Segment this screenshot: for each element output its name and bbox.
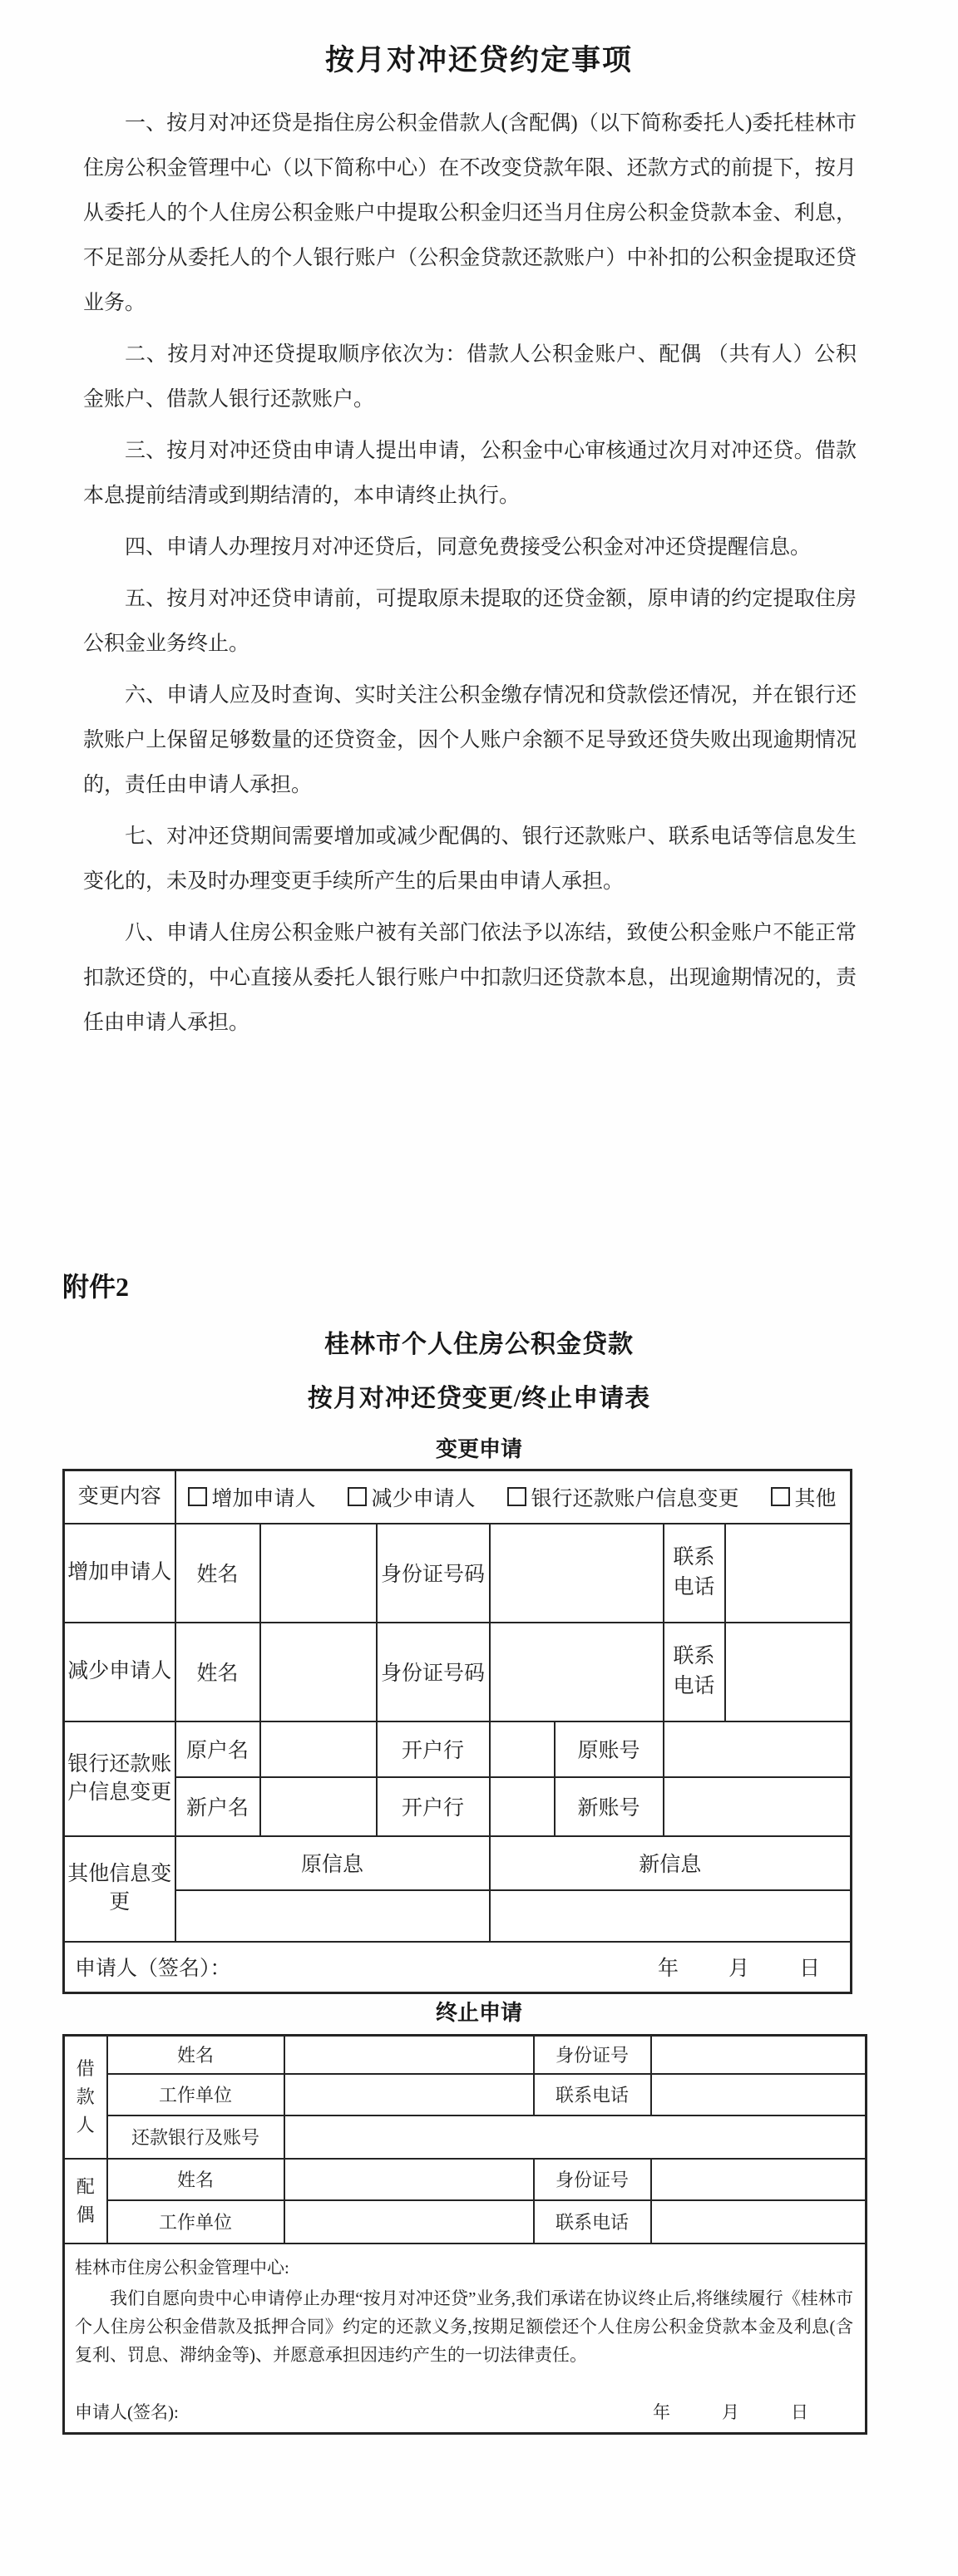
remove-phone-label: 联系电话 bbox=[664, 1623, 725, 1721]
option-bank-account-change-label: 银行还款账户信息变更 bbox=[531, 1482, 739, 1512]
new-holder-label: 新户名 bbox=[175, 1777, 260, 1836]
option-remove-applicant-label: 减少申请人 bbox=[372, 1482, 476, 1512]
year-label: 年 bbox=[653, 2399, 670, 2424]
spouse-id-value-cell bbox=[651, 2159, 867, 2200]
change-date-group: 年 月 日 bbox=[658, 1952, 820, 1982]
bank-change-row-label: 银行还款账户信息变更 bbox=[64, 1721, 175, 1836]
remove-name-label: 姓名 bbox=[175, 1623, 260, 1721]
borrower-phone-value-cell bbox=[651, 2074, 867, 2115]
add-id-value-cell bbox=[490, 1524, 664, 1623]
remove-id-label: 身份证号码 bbox=[377, 1623, 490, 1721]
spouse-employer-label: 工作单位 bbox=[107, 2200, 284, 2244]
agreement-title: 按月对冲还贷约定事项 bbox=[0, 0, 958, 80]
borrower-id-value-cell bbox=[651, 2036, 867, 2074]
checkbox-bank-account-change-icon bbox=[507, 1487, 526, 1506]
add-name-value-cell bbox=[260, 1524, 377, 1623]
old-bank-label: 开户行 bbox=[377, 1721, 490, 1777]
borrower-employer-value-cell bbox=[284, 2074, 534, 2115]
agreement-clause-2: 二、按月对冲还贷提取顺序依次为：借款人公积金账户、配偶 （共有人）公积金账户、借… bbox=[83, 332, 857, 422]
remove-phone-value-cell bbox=[725, 1623, 852, 1721]
add-applicant-row-label: 增加申请人 bbox=[64, 1524, 175, 1623]
new-info-value-cell bbox=[490, 1890, 852, 1942]
spouse-id-label: 身份证号 bbox=[534, 2159, 651, 2200]
terminate-application-table: 借款人 姓名 身份证号 工作单位 联系电话 还款银行及账号 配偶 姓名 身份证号 bbox=[62, 2034, 867, 2435]
spouse-phone-value-cell bbox=[651, 2200, 867, 2244]
spouse-group-label: 配偶 bbox=[76, 2173, 96, 2229]
new-account-label: 新账号 bbox=[555, 1777, 664, 1836]
borrower-employer-label: 工作单位 bbox=[107, 2074, 284, 2115]
agreement-clause-8: 八、申请人住房公积金账户被有关部门依法予以冻结，致使公积金账户不能正常扣款还贷的… bbox=[83, 911, 857, 1046]
agreement-clause-7: 七、对冲还贷期间需要增加或减少配偶的、银行还款账户、联系电话等信息发生变化的，未… bbox=[83, 815, 857, 904]
change-section-heading: 变更申请 bbox=[0, 1436, 958, 1464]
terminate-signature-label: 申请人(签名): bbox=[75, 2399, 179, 2424]
change-content-label: 变更内容 bbox=[64, 1470, 175, 1524]
new-info-header: 新信息 bbox=[490, 1836, 852, 1890]
agreement-clause-4: 四、申请人办理按月对冲还贷后，同意免费接受公积金对冲还贷提醒信息。 bbox=[83, 525, 857, 570]
document-page: 按月对冲还贷约定事项 一、按月对冲还贷是指住房公积金借款人(含配偶)（以下简称委… bbox=[0, 0, 958, 2576]
new-bank-label: 开户行 bbox=[377, 1777, 490, 1836]
change-signature-label: 申请人（签名）： bbox=[75, 1952, 231, 1982]
old-account-value-cell bbox=[664, 1721, 852, 1777]
month-label: 月 bbox=[728, 1952, 749, 1982]
remove-id-value-cell bbox=[490, 1623, 664, 1721]
change-options-cell: 增加申请人 减少申请人 银行还款账户信息变更 其他 bbox=[175, 1470, 852, 1524]
form-title-line2: 按月对冲还贷变更/终止申请表 bbox=[0, 1382, 958, 1416]
option-other-label: 其他 bbox=[795, 1482, 837, 1512]
add-id-label: 身份证号码 bbox=[377, 1524, 490, 1623]
repay-bank-account-label: 还款银行及账号 bbox=[107, 2115, 284, 2159]
spouse-group-cell: 配偶 bbox=[64, 2159, 107, 2244]
repay-bank-account-value-cell bbox=[284, 2115, 867, 2159]
month-label: 月 bbox=[722, 2399, 739, 2424]
day-label: 日 bbox=[791, 2399, 808, 2424]
option-add-applicant: 增加申请人 bbox=[188, 1482, 316, 1512]
old-info-header: 原信息 bbox=[175, 1836, 490, 1890]
old-holder-value-cell bbox=[260, 1721, 377, 1777]
borrower-name-value-cell bbox=[284, 2036, 534, 2074]
agreement-clause-5: 五、按月对冲还贷申请前，可提取原未提取的还贷金额，原申请的约定提取住房公积金业务… bbox=[83, 577, 857, 667]
declaration-cell: 桂林市住房公积金管理中心: 我们自愿向贵中心申请停止办理“按月对冲还贷”业务,我… bbox=[64, 2244, 867, 2434]
change-signature-row: 申请人（签名）： 年 月 日 bbox=[64, 1942, 852, 1993]
terminate-section-heading: 终止申请 bbox=[0, 1999, 958, 2027]
checkbox-other-icon bbox=[771, 1487, 790, 1506]
remove-applicant-row-label: 减少申请人 bbox=[64, 1623, 175, 1721]
agreement-clause-1: 一、按月对冲还贷是指住房公积金借款人(含配偶)（以下简称委托人)委托桂林市住房公… bbox=[83, 101, 857, 326]
checkbox-add-applicant-icon bbox=[188, 1487, 207, 1506]
agreement-clause-6: 六、申请人应及时查询、实时关注公积金缴存情况和贷款偿还情况，并在银行还款账户上保… bbox=[83, 673, 857, 808]
other-change-row-label: 其他信息变更 bbox=[64, 1836, 175, 1942]
spouse-phone-label: 联系电话 bbox=[534, 2200, 651, 2244]
old-account-label: 原账号 bbox=[555, 1721, 664, 1777]
new-bank-value-cell bbox=[490, 1777, 555, 1836]
declaration-addressee: 桂林市住房公积金管理中心: bbox=[75, 2254, 853, 2281]
remove-name-value-cell bbox=[260, 1623, 377, 1721]
agreement-clause-3: 三、按月对冲还贷由申请人提出申请，公积金中心审核通过次月对冲还贷。借款本息提前结… bbox=[83, 429, 857, 519]
spouse-name-value-cell bbox=[284, 2159, 534, 2200]
new-account-value-cell bbox=[664, 1777, 852, 1836]
option-bank-account-change: 银行还款账户信息变更 bbox=[507, 1482, 739, 1512]
old-bank-value-cell bbox=[490, 1721, 555, 1777]
borrower-phone-label: 联系电话 bbox=[534, 2074, 651, 2115]
add-name-label: 姓名 bbox=[175, 1524, 260, 1623]
option-other: 其他 bbox=[771, 1482, 837, 1512]
borrower-group-label: 借款人 bbox=[76, 2055, 96, 2140]
checkbox-remove-applicant-icon bbox=[348, 1487, 367, 1506]
spouse-name-label: 姓名 bbox=[107, 2159, 284, 2200]
change-application-table: 变更内容 增加申请人 减少申请人 银行还款账户信息变更 bbox=[62, 1469, 852, 1994]
borrower-id-label: 身份证号 bbox=[534, 2036, 651, 2074]
borrower-group-cell: 借款人 bbox=[64, 2036, 107, 2159]
old-holder-label: 原户名 bbox=[175, 1721, 260, 1777]
year-label: 年 bbox=[658, 1952, 679, 1982]
terminate-date-group: 年 月 日 bbox=[653, 2399, 808, 2424]
spouse-employer-value-cell bbox=[284, 2200, 534, 2244]
add-phone-value-cell bbox=[725, 1524, 852, 1623]
attachment-label: 附件2 bbox=[62, 1270, 958, 1303]
option-add-applicant-label: 增加申请人 bbox=[212, 1482, 316, 1512]
day-label: 日 bbox=[799, 1952, 820, 1982]
declaration-body: 我们自愿向贵中心申请停止办理“按月对冲还贷”业务,我们承诺在协议终止后,将继续履… bbox=[75, 2284, 853, 2369]
option-remove-applicant: 减少申请人 bbox=[348, 1482, 476, 1512]
new-holder-value-cell bbox=[260, 1777, 377, 1836]
add-phone-label: 联系电话 bbox=[664, 1524, 725, 1623]
form-title-line1: 桂林市个人住房公积金贷款 bbox=[0, 1328, 958, 1362]
old-info-value-cell bbox=[175, 1890, 490, 1942]
agreement-body: 一、按月对冲还贷是指住房公积金借款人(含配偶)（以下简称委托人)委托桂林市住房公… bbox=[83, 101, 857, 1046]
borrower-name-label: 姓名 bbox=[107, 2036, 284, 2074]
